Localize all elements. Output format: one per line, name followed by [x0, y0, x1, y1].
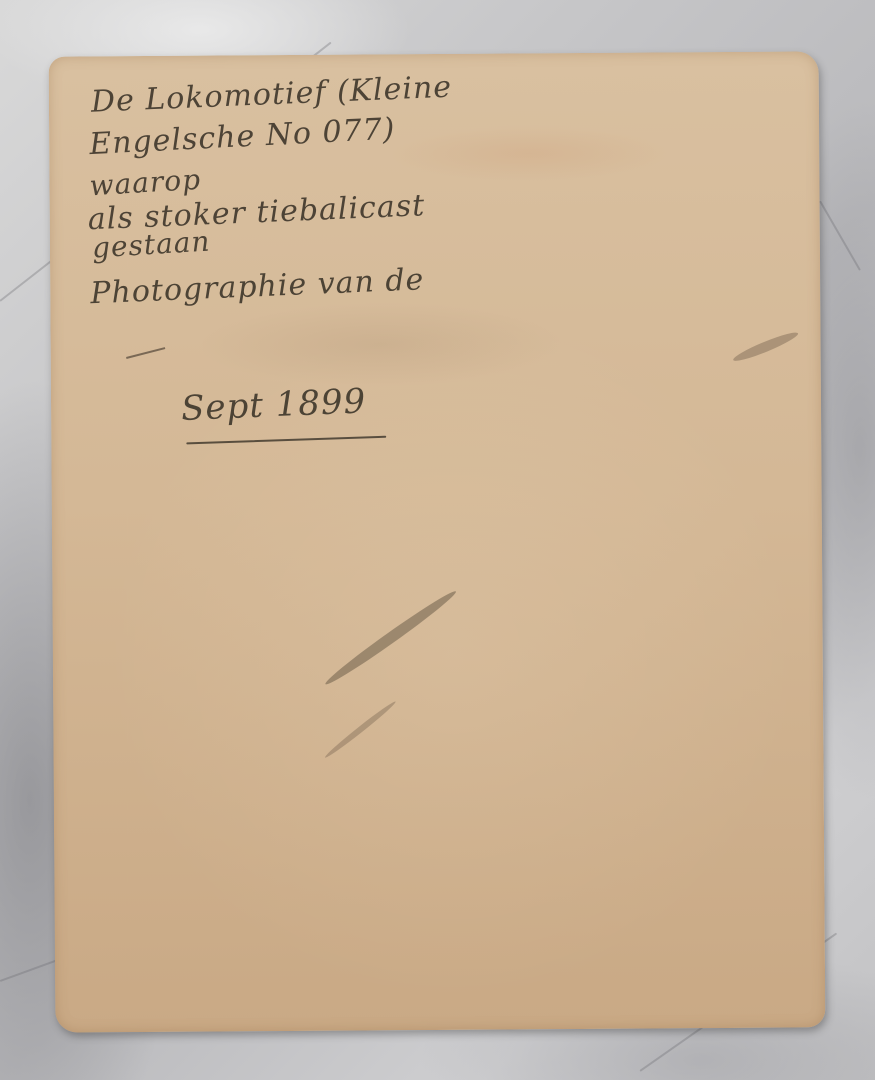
- photo-card-back: De Lokomotief (Kleine Engelsche No 077) …: [49, 51, 826, 1032]
- marble-vein: [819, 201, 861, 271]
- ink-smudge: [126, 347, 165, 359]
- inscription-line-6: Photographie van de: [90, 262, 425, 311]
- inscription-line-5: gestaan: [91, 225, 211, 265]
- stain-streak: [322, 587, 459, 689]
- inscription-line-2: Engelsche No 077): [88, 112, 396, 162]
- stain-streak: [323, 699, 397, 760]
- inscription-line-1: De Lokomotief (Kleine: [90, 70, 452, 120]
- inscription-line-3: waarop: [89, 163, 202, 203]
- date-underline: [186, 436, 386, 445]
- stain-streak: [731, 329, 800, 365]
- inscription-date: Sept 1899: [180, 381, 367, 429]
